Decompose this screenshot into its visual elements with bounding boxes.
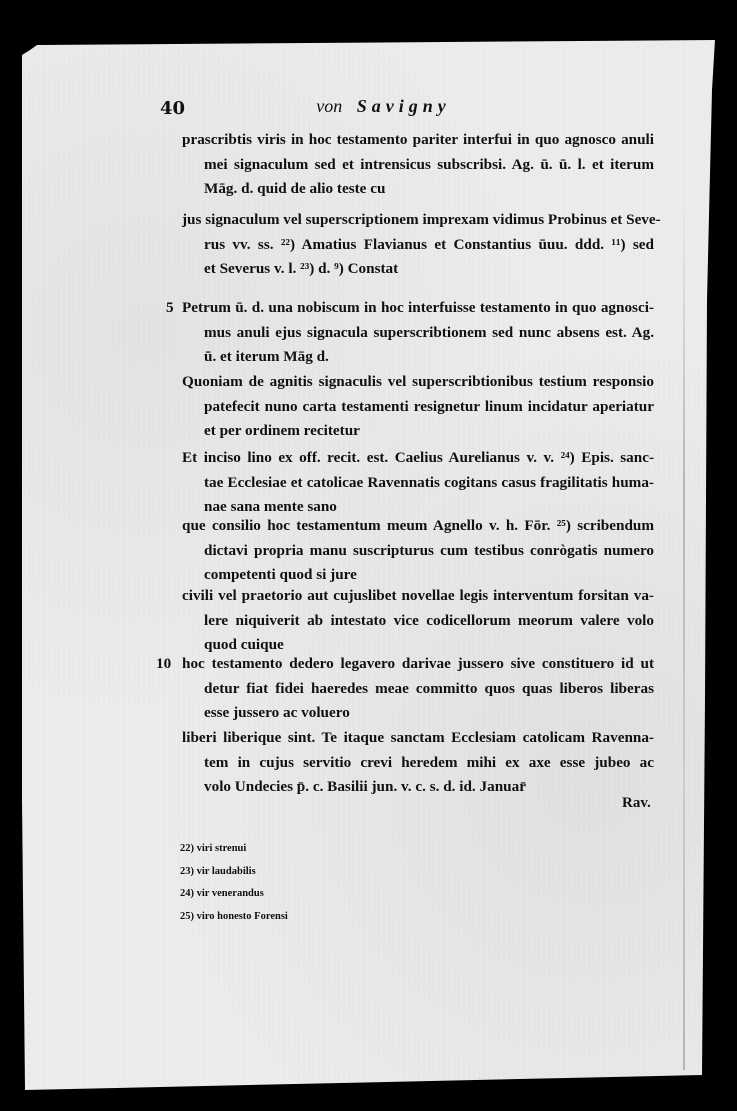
text-line: ū. et iterum Māg d. bbox=[204, 345, 654, 370]
paragraph: Quoniam de agnitis signaculis vel supers… bbox=[184, 370, 654, 444]
text-line: tem in cujus servitio crevi heredem mihi… bbox=[204, 751, 654, 776]
footnote: 24) vir venerandus bbox=[180, 883, 288, 906]
text-line: Māg. d. quid de alio teste cu bbox=[204, 177, 654, 202]
text-line: volo Undecies p̄. c. Basilii jun. v. c. … bbox=[204, 775, 654, 800]
text-line: Quoniam de agnitis signaculis vel supers… bbox=[182, 370, 654, 395]
page-text: 40 von Savigny prascribtis viris in hoc … bbox=[0, 0, 737, 1111]
text-line: detur fiat fidei haeredes meae committo … bbox=[204, 677, 654, 702]
line-number: 10 bbox=[156, 652, 171, 677]
paragraph: que consilio hoc testamentum meum Agnell… bbox=[184, 514, 654, 588]
text-line: mei signaculum sed et intrensicus subscr… bbox=[204, 153, 654, 178]
closing-word: Rav. bbox=[622, 795, 651, 812]
text-line: patefecit nuno carta testamenti resignet… bbox=[204, 395, 654, 420]
text-line: et Severus v. l. ²³) d. ⁹) Constat bbox=[204, 257, 654, 282]
footnote: 22) viri strenui bbox=[180, 838, 288, 861]
paragraph: liberi liberique sint. Te itaque sanctam… bbox=[184, 726, 654, 800]
text-line: tae Ecclesiae et catolicae Ravennatis co… bbox=[204, 471, 654, 496]
text-line: que consilio hoc testamentum meum Agnell… bbox=[182, 514, 654, 539]
line-number: 5 bbox=[166, 296, 174, 321]
text-line: mus anuli ejus signacula superscribtione… bbox=[204, 321, 654, 346]
text-line: prascribtis viris in hoc testamento pari… bbox=[182, 128, 654, 153]
running-head-prefix: von bbox=[316, 96, 342, 116]
footnote: 23) vir laudabilis bbox=[180, 861, 288, 884]
text-line: jus signaculum vel superscriptionem impr… bbox=[182, 208, 654, 233]
footnote: 25) viro honesto Forensi bbox=[180, 906, 288, 929]
paragraph: civili vel praetorio aut cujuslibet nove… bbox=[184, 584, 654, 658]
footnotes: 22) viri strenui 23) vir laudabilis 24) … bbox=[180, 838, 288, 928]
running-head-author: Savigny bbox=[357, 96, 451, 116]
text-line: dictavi propria manu suscripturus cum te… bbox=[204, 539, 654, 564]
text-line: liberi liberique sint. Te itaque sanctam… bbox=[182, 726, 654, 751]
text-line: lere niquiverit ab intestato vice codice… bbox=[204, 609, 654, 634]
text-line: esse jussero ac voluero bbox=[204, 701, 654, 726]
paragraph: jus signaculum vel superscriptionem impr… bbox=[184, 208, 654, 282]
text-line: rus vv. ss. ²²) Amatius Flavianus et Con… bbox=[204, 233, 654, 258]
paragraph: Et inciso lino ex off. recit. est. Caeli… bbox=[184, 446, 654, 520]
text-line: et per ordinem recitetur bbox=[204, 419, 654, 444]
text-line: Petrum ū. d. una nobiscum in hoc interfu… bbox=[182, 296, 654, 321]
paragraph: 5Petrum ū. d. una nobiscum in hoc interf… bbox=[184, 296, 654, 370]
scanned-page-view: 40 von Savigny prascribtis viris in hoc … bbox=[0, 0, 737, 1111]
running-head: von Savigny bbox=[0, 96, 737, 117]
text-line: hoc testamento dedero legavero darivae j… bbox=[182, 652, 654, 677]
paragraph: prascribtis viris in hoc testamento pari… bbox=[184, 128, 654, 202]
text-line: civili vel praetorio aut cujuslibet nove… bbox=[182, 584, 654, 609]
text-line: Et inciso lino ex off. recit. est. Caeli… bbox=[182, 446, 654, 471]
paragraph: 10hoc testamento dedero legavero darivae… bbox=[184, 652, 654, 726]
